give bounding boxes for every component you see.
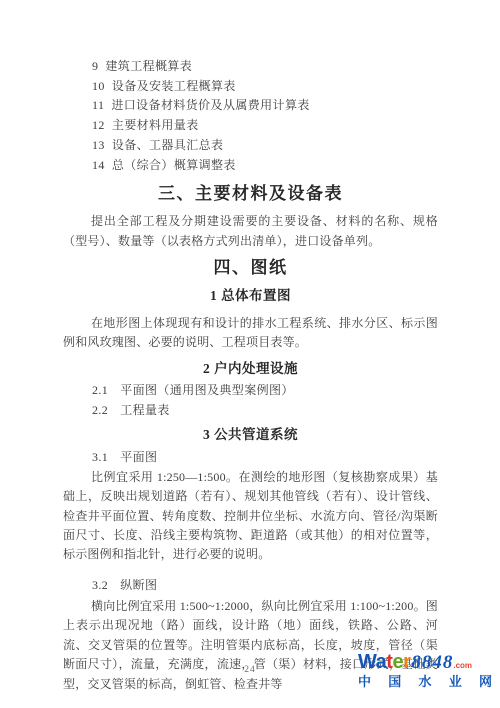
list-item-number: 3.2	[92, 578, 108, 592]
list-item-text: 设备及安装工程概算表	[112, 79, 236, 93]
logo-tagline-char: 网	[479, 675, 492, 688]
list-item: 3.1平面图	[63, 447, 438, 467]
paragraph: 比例宜采用 1:250—1:500。在测绘的地形图（复核勘察成果）基础上，反映出…	[63, 468, 438, 565]
list-item-number: 9	[92, 59, 98, 73]
list-item: 12主要材料用量表	[63, 116, 438, 136]
list-item-text: 进口设备材料货价及从属费用计算表	[111, 98, 309, 112]
list-item-text: 建筑工程概算表	[105, 59, 192, 73]
subsection-heading-overall-layout: 1 总体布置图	[63, 287, 438, 305]
logo-domain-suffix: .com	[453, 662, 472, 672]
list-item-number: 3.1	[92, 450, 108, 464]
list-item-number: 10	[92, 79, 105, 93]
list-item-text: 主要材料用量表	[112, 118, 199, 132]
document-content: 9建筑工程概算表 10设备及安装工程概算表 11进口设备材料货价及从属费用计算表…	[0, 0, 500, 694]
logo-tagline-char: 中	[358, 675, 371, 688]
list-item-number: 13	[92, 138, 105, 152]
list-item: 13设备、工器具汇总表	[63, 136, 438, 156]
list-item-number: 12	[92, 118, 105, 132]
list-item-text: 纵断图	[120, 578, 157, 592]
subsection-heading-indoor-facilities: 2 户内处理设施	[63, 360, 438, 378]
paragraph: 在地形图上体现现有和设计的排水工程系统、排水分区、标示图例和风玫瑰图、必要的说明…	[63, 314, 438, 353]
section-heading-materials-equipment: 三、主要材料及设备表	[63, 182, 438, 206]
logo-tagline-char: 业	[449, 675, 462, 688]
subsection-heading-public-pipeline: 3 公共管道系统	[63, 426, 438, 444]
logo-tagline-char: 国	[388, 675, 401, 688]
list-item-number: 14	[92, 158, 105, 172]
list-item-number: 2.1	[92, 383, 108, 397]
logo-tagline-char: 水	[418, 675, 431, 688]
logo-letter: Wa	[358, 652, 386, 672]
list-item: 9建筑工程概算表	[63, 57, 438, 77]
list-item-number: 11	[92, 98, 104, 112]
list-item-text: 平面图（通用图及典型案例图）	[120, 383, 294, 397]
logo-letter: e	[392, 652, 403, 672]
list-item-text: 平面图	[120, 450, 157, 464]
list-item: 11进口设备材料货价及从属费用计算表	[63, 96, 438, 116]
water8848-logo: Wa t e r 8848 .com 中 国 水 业 网	[358, 652, 493, 688]
list-item: 10设备及安装工程概算表	[63, 77, 438, 97]
paragraph: 提出全部工程及分期建设需要的主要设备、材料的名称、规格（型号）、数量等（以表格方…	[63, 212, 438, 251]
list-item: 14总（综合）概算调整表	[63, 156, 438, 176]
logo-letter: r	[403, 652, 410, 672]
list-item-number: 2.2	[92, 403, 108, 417]
list-item: 3.2纵断图	[63, 575, 438, 595]
logo-wordmark: Wa t e r 8848 .com	[358, 652, 493, 672]
list-item: 2.2工程量表	[63, 400, 438, 420]
section-heading-drawings: 四、图纸	[63, 256, 438, 280]
list-item: 2.1平面图（通用图及典型案例图）	[63, 380, 438, 400]
logo-tagline: 中 国 水 业 网	[358, 675, 492, 688]
logo-number: 8848	[411, 653, 453, 672]
list-item-text: 设备、工器具汇总表	[112, 138, 224, 152]
list-item-text: 总（综合）概算调整表	[112, 158, 236, 172]
list-item-text: 工程量表	[120, 403, 170, 417]
document-page: 9建筑工程概算表 10设备及安装工程概算表 11进口设备材料货价及从属费用计算表…	[0, 0, 500, 708]
